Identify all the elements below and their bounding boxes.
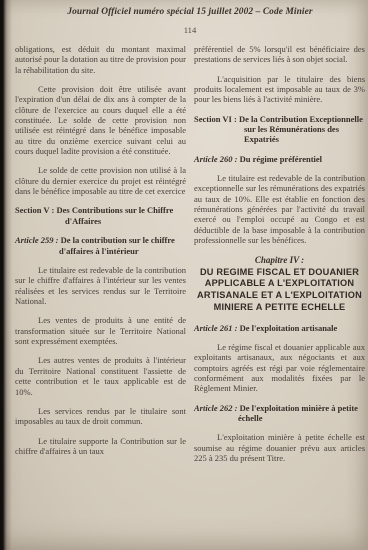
article-259-label: Article 259 : — [15, 235, 58, 245]
paragraph: Les services rendus par le titulaire son… — [15, 406, 186, 427]
paragraph: Les autres ventes de produits à l'intéri… — [15, 355, 186, 396]
paragraph: Le régime fiscal et douanier applicable … — [194, 342, 365, 394]
paragraph: Le titulaire est redevable de la contrib… — [15, 265, 186, 306]
article-261-label: Article 261 : — [194, 323, 237, 333]
paragraph: Cette provision doit être utilisée avant… — [15, 84, 186, 157]
two-column-text: obligations, est déduit du montant maxim… — [15, 44, 365, 473]
article-260-heading: Article 260 : Du régime préférentiel — [194, 154, 365, 164]
page-content: Journal Officiel numéro spécial 15 juill… — [15, 7, 365, 473]
paragraph: Le titulaire est redevable de la contrib… — [194, 173, 365, 246]
article-261-title: De l'exploitation artisanale — [240, 323, 338, 333]
right-column: préférentiel de 5% lorsqu'il est bénéfic… — [194, 44, 365, 473]
page-number: 114 — [15, 25, 365, 35]
article-262-heading: Article 262 : De l'exploitation minière … — [194, 403, 365, 424]
book-spine-edge — [0, 0, 12, 550]
section-v-heading: Section V : Des Contributions sur le Chi… — [15, 205, 186, 226]
paragraph: Les ventes de produits à une entité de t… — [15, 315, 186, 346]
paragraph: obligations, est déduit du montant maxim… — [15, 44, 186, 75]
article-259-heading: Article 259 : De la contribution sur le … — [15, 235, 186, 256]
paragraph: L'acquisition par le titulaire des biens… — [194, 74, 365, 105]
journal-title-header: Journal Officiel numéro spécial 15 juill… — [19, 7, 361, 18]
article-261-heading: Article 261 : De l'exploitation artisana… — [194, 323, 365, 333]
article-260-label: Article 260 : — [194, 154, 237, 164]
article-262-label: Article 262 : — [194, 403, 237, 413]
chapter-iv-heading: Chapitre IV : DU REGIME FISCAL ET DOUANI… — [194, 255, 365, 314]
chapter-iv-label: Chapitre IV : — [194, 255, 365, 266]
paragraph: Le titulaire supporte la Contribution su… — [15, 436, 186, 457]
paragraph: préférentiel de 5% lorsqu'il est bénéfic… — [194, 44, 365, 65]
left-column: obligations, est déduit du montant maxim… — [15, 44, 186, 473]
paragraph: L'exploitation minière à petite échelle … — [194, 432, 365, 463]
paragraph: Le solde de cette provision non utilisé … — [15, 165, 186, 196]
article-259-title: De la contribution sur le chiffre d'affa… — [59, 235, 175, 255]
section-vi-heading: Section VI : De la Contribution Exceptio… — [194, 114, 365, 145]
article-262-title: De l'exploitation minière à petite échel… — [238, 403, 358, 423]
article-260-title: Du régime préférentiel — [240, 154, 322, 164]
chapter-iv-title: DU REGIME FISCAL ET DOUANIER APPLICABLE … — [194, 267, 365, 314]
